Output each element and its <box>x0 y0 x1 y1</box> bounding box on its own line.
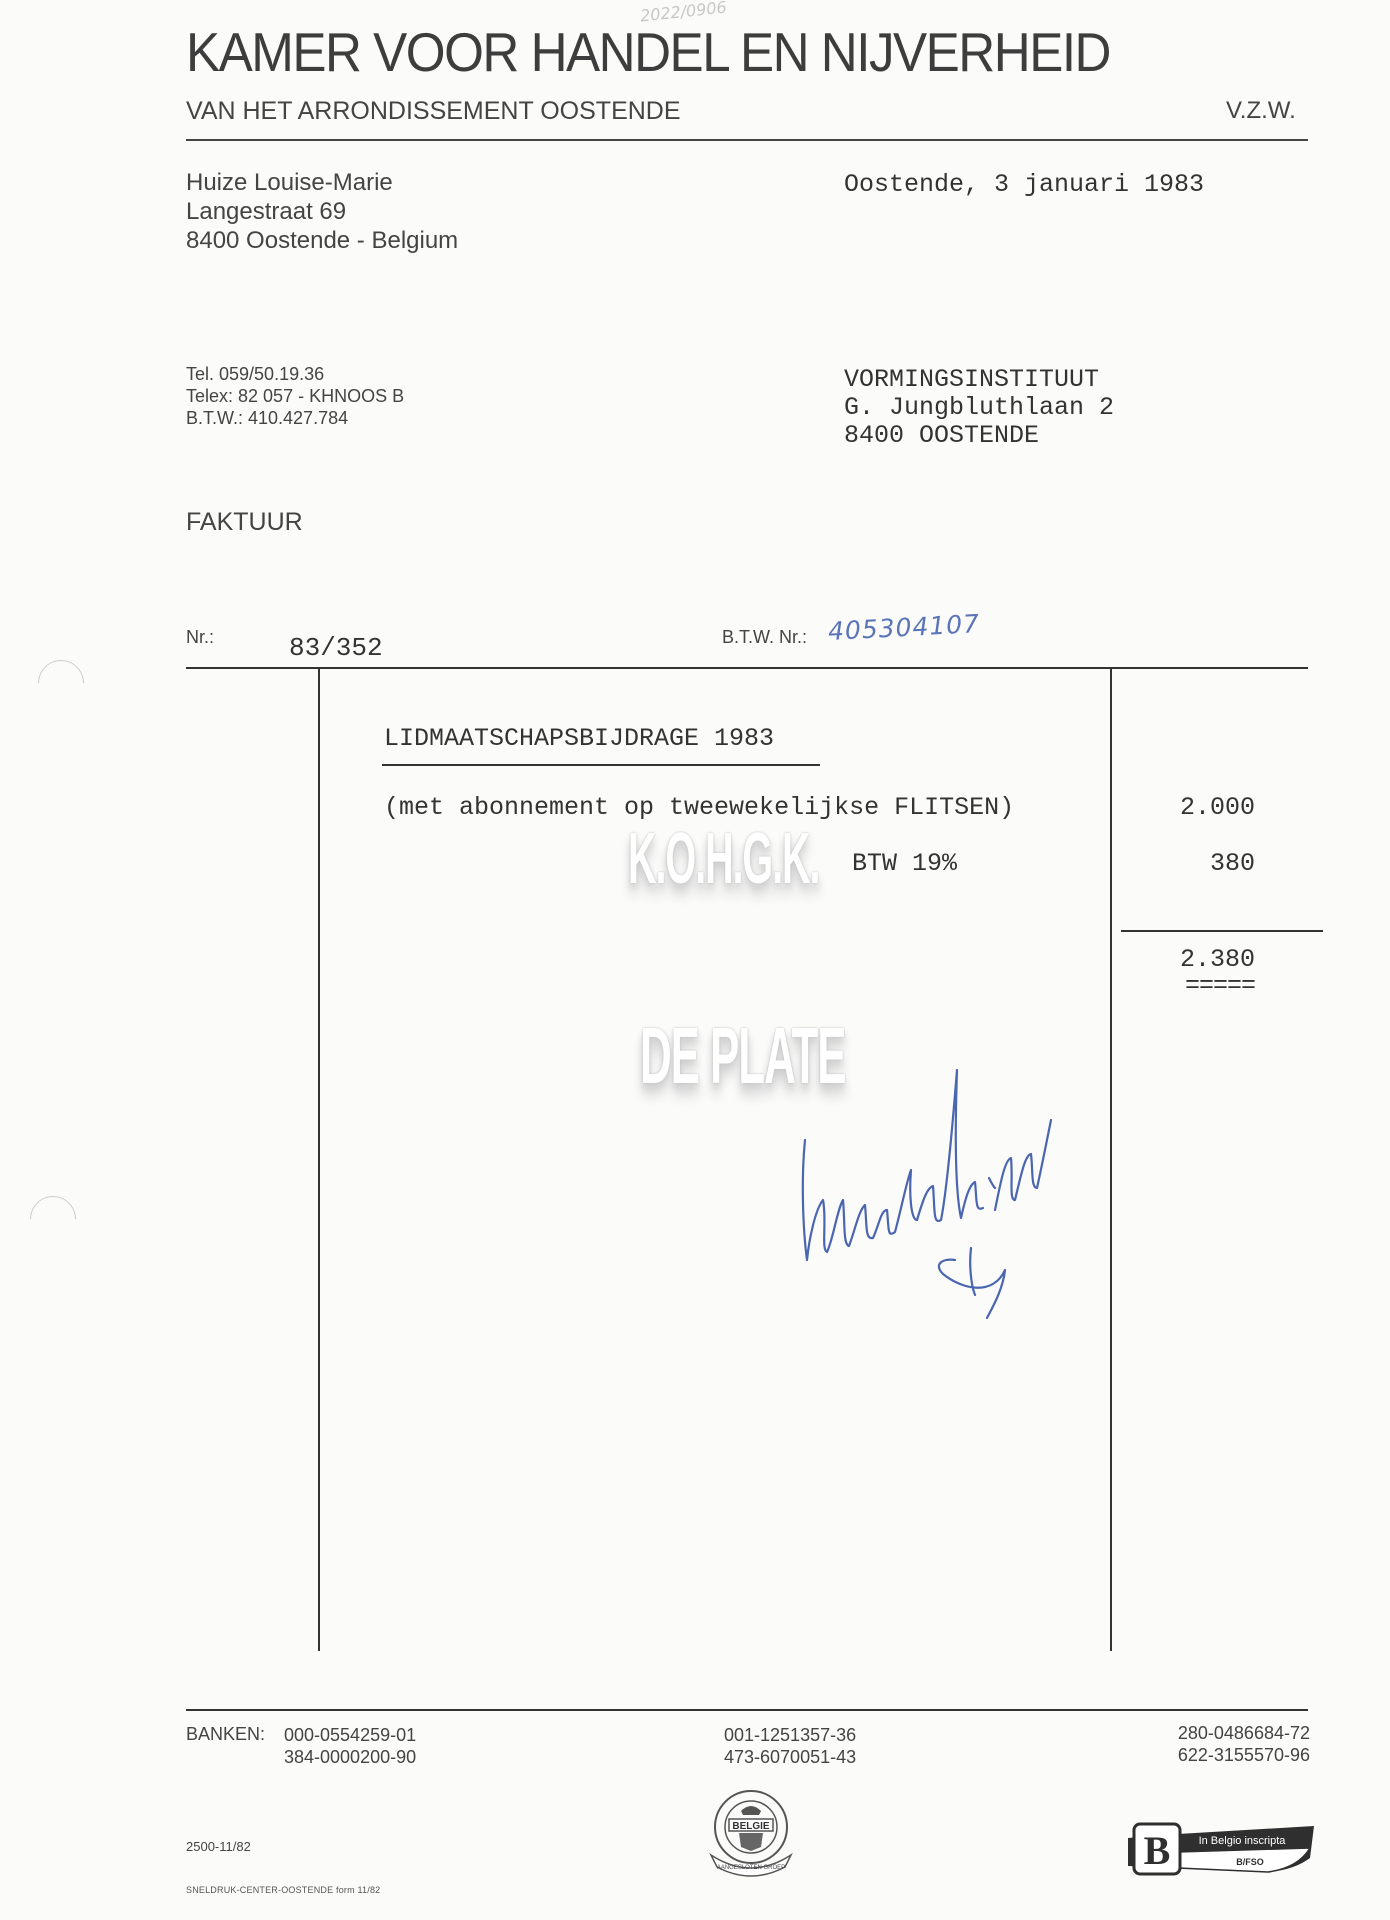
total-rule <box>1121 930 1323 932</box>
organization-subtitle: VAN HET ARRONDISSEMENT OOSTENDE <box>186 97 681 126</box>
invoice-number-label: Nr.: <box>186 627 214 648</box>
footer-rule <box>186 1709 1308 1711</box>
recipient-city: 8400 OOSTENDE <box>844 422 1114 450</box>
bank-account: 622-3155570-96 <box>1178 1744 1310 1766</box>
vat-amount: 380 <box>1210 849 1255 878</box>
bank-accounts-column: 000-0554259-01 384-0000200-90 <box>284 1724 416 1768</box>
recipient-name: VORMINGSINSTITUUT <box>844 366 1114 394</box>
seal-banner-text: AANGESLOTEN GROEP <box>717 1865 785 1871</box>
invoice-number: 83/352 <box>289 633 383 663</box>
document-type: FAKTUUR <box>186 508 303 537</box>
recipient-street: G. Jungbluthlaan 2 <box>844 394 1114 422</box>
belgie-seal-icon: BELGIE AANGESLOTEN GROEP <box>705 1785 797 1877</box>
total-amount: 2.380 <box>1180 945 1255 974</box>
watermark-line: K.O.H.G.K. <box>628 818 819 900</box>
vat-label: BTW 19% <box>852 849 957 878</box>
address-line: Langestraat 69 <box>186 197 458 226</box>
date-line: Oostende, 3 januari 1983 <box>844 170 1204 199</box>
line-item-title-underline <box>382 764 820 766</box>
form-code: 2500-11/82 <box>186 1839 251 1854</box>
sender-vat-number: B.T.W.: 410.427.784 <box>186 407 404 429</box>
client-vat-label: B.T.W. Nr.: <box>722 627 807 648</box>
address-line: Huize Louise-Marie <box>186 168 458 197</box>
address-line: 8400 Oostende - Belgium <box>186 226 458 255</box>
bank-account: 000-0554259-01 <box>284 1724 416 1746</box>
telex: Telex: 82 057 - KHNOOS B <box>186 385 404 407</box>
printer-imprint: SNELDRUK-CENTER-OOSTENDE form 11/82 <box>186 1885 380 1895</box>
base-amount: 2.000 <box>1180 793 1255 822</box>
handwritten-signature-icon <box>793 1060 1063 1320</box>
table-right-column-rule <box>1110 667 1112 1651</box>
client-vat-number: 405304107 <box>827 609 980 646</box>
sender-contact: Tel. 059/50.19.36 Telex: 82 057 - KHNOOS… <box>186 363 404 429</box>
line-item-title: LIDMAATSCHAPSBIJDRAGE 1983 <box>384 724 774 753</box>
badge-line1: In Belgio inscripta <box>1199 1835 1287 1847</box>
organization-name: KAMER VOOR HANDEL EN NIJVERHEID <box>186 20 1110 84</box>
in-belgio-inscripta-badge-icon: B In Belgio inscripta B/FSO <box>1118 1818 1318 1878</box>
seal-text: BELGIE <box>732 1821 770 1832</box>
total-double-underline: ===== <box>1185 971 1255 1000</box>
sender-address: Huize Louise-Marie Langestraat 69 8400 O… <box>186 168 458 255</box>
punch-hole <box>28 650 93 715</box>
recipient-address: VORMINGSINSTITUUT G. Jungbluthlaan 2 840… <box>844 366 1114 450</box>
punch-hole <box>20 1186 85 1251</box>
bank-account: 384-0000200-90 <box>284 1746 416 1768</box>
bank-account: 473-6070051-43 <box>724 1746 856 1768</box>
bank-account: 280-0486684-72 <box>1178 1722 1310 1744</box>
bank-accounts-column: 001-1251357-36 473-6070051-43 <box>724 1724 856 1768</box>
legal-form: V.Z.W. <box>1226 97 1296 125</box>
banks-label: BANKEN: <box>186 1724 265 1745</box>
telephone: Tel. 059/50.19.36 <box>186 363 404 385</box>
header-rule <box>186 139 1308 141</box>
badge-line2: B/FSO <box>1236 1857 1264 1867</box>
bank-account: 001-1251357-36 <box>724 1724 856 1746</box>
table-top-rule <box>186 667 1308 669</box>
table-left-column-rule <box>318 667 320 1651</box>
bank-accounts-column: 280-0486684-72 622-3155570-96 <box>1178 1722 1310 1766</box>
badge-letter: B <box>1144 1828 1171 1873</box>
